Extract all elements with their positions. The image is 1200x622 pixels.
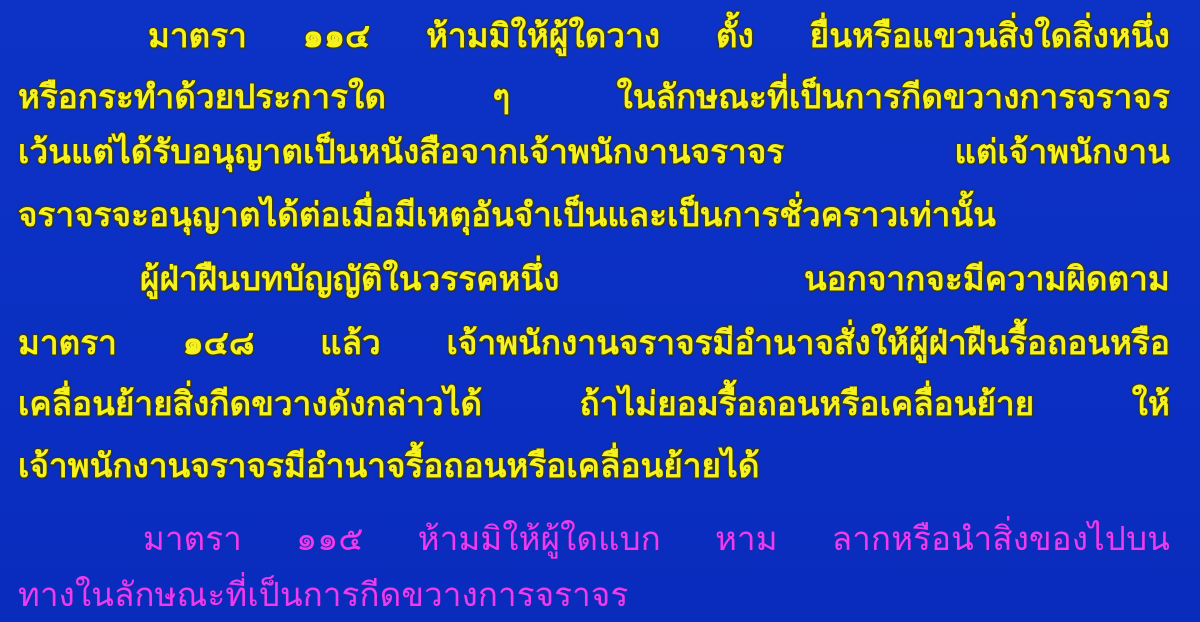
- text-line: เว้นแต่ได้รับอนุญาตเป็นหนังสือจากเจ้าพนั…: [18, 124, 1170, 180]
- text-line: เจ้าพนักงานจราจรมีอำนาจรื้อถอนหรือเคลื่อ…: [18, 446, 760, 485]
- text-line: ทางในลักษณะที่เป็นการกีดขวางการจราจร: [18, 575, 628, 614]
- text-line: เคลื่อนย้ายสิ่งกีดขวางดังกล่าวได้ ถ้าไม่…: [18, 376, 1170, 432]
- text-line: มาตรา ๑๑๔ ห้ามมิให้ผู้ใดวาง ตั้ง ยื่นหรื…: [148, 8, 1170, 64]
- section-114-paragraph-2-line-1: ผู้ฝ่าฝืนบทบัญญัติในวรรคหนึ่ง นอกจากจะมี…: [0, 251, 1200, 307]
- section-114-line-4: จราจรจะอนุญาตได้ต่อเมื่อมีเหตุอันจำเป็นแ…: [0, 187, 1200, 243]
- section-115-heading-line: มาตรา ๑๑๕ ห้ามมิให้ผู้ใดแบก หาม ลากหรือน…: [0, 511, 1200, 567]
- section-114-heading-line: มาตรา ๑๑๔ ห้ามมิให้ผู้ใดวาง ตั้ง ยื่นหรื…: [0, 8, 1200, 64]
- section-114-paragraph-2-line-4: เจ้าพนักงานจราจรมีอำนาจรื้อถอนหรือเคลื่อ…: [0, 438, 1200, 494]
- section-114-line-2: หรือกระทำด้วยประการใด ๆ ในลักษณะที่เป็นก…: [0, 69, 1200, 125]
- section-114-paragraph-2-line-2: มาตรา ๑๔๘ แล้ว เจ้าพนักงานจราจรมีอำนาจสั…: [0, 315, 1200, 371]
- text-line: มาตรา ๑๑๕ ห้ามมิให้ผู้ใดแบก หาม ลากหรือน…: [143, 511, 1170, 567]
- law-text-slide: มาตรา ๑๑๔ ห้ามมิให้ผู้ใดวาง ตั้ง ยื่นหรื…: [0, 0, 1200, 622]
- text-line: มาตรา ๑๔๘ แล้ว เจ้าพนักงานจราจรมีอำนาจสั…: [18, 315, 1170, 371]
- section-114-line-3: เว้นแต่ได้รับอนุญาตเป็นหนังสือจากเจ้าพนั…: [0, 124, 1200, 180]
- section-114-paragraph-2-line-3: เคลื่อนย้ายสิ่งกีดขวางดังกล่าวได้ ถ้าไม่…: [0, 376, 1200, 432]
- text-line: ผู้ฝ่าฝืนบทบัญญัติในวรรคหนึ่ง นอกจากจะมี…: [140, 251, 1170, 307]
- section-115-line-2: ทางในลักษณะที่เป็นการกีดขวางการจราจร: [0, 567, 1200, 622]
- text-line: จราจรจะอนุญาตได้ต่อเมื่อมีเหตุอันจำเป็นแ…: [18, 187, 1170, 243]
- text-line: หรือกระทำด้วยประการใด ๆ ในลักษณะที่เป็นก…: [18, 69, 1170, 125]
